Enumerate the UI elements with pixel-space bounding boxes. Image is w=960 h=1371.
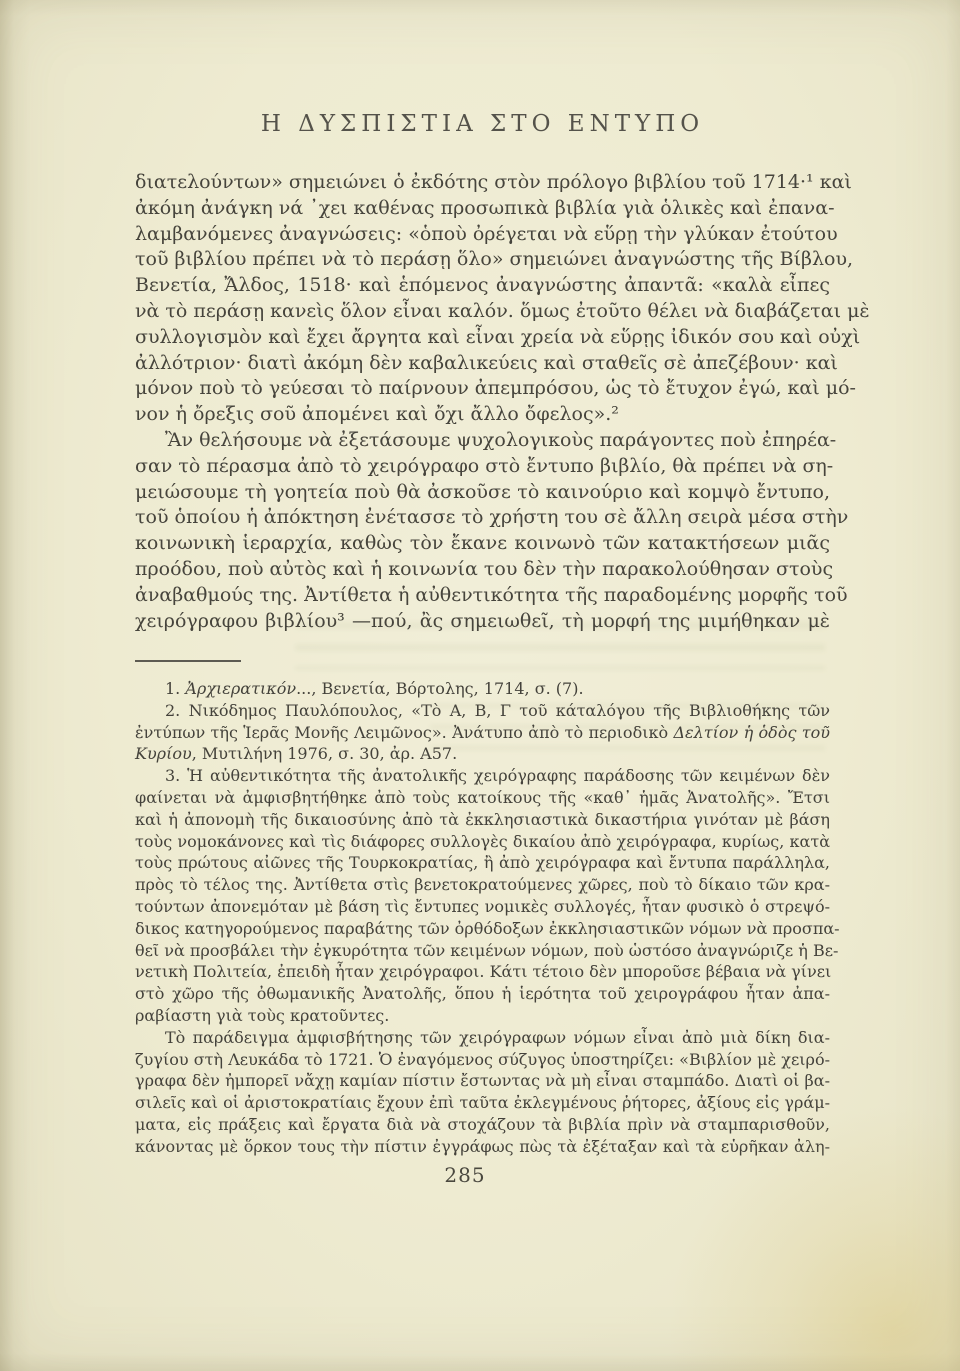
text-line: Κυρίου, Μυτιλήνη 1976, σ. 30, ἀρ. Α57. — [135, 743, 830, 765]
page-number: 285 — [135, 1163, 795, 1187]
text-line: νον ἡ ὄρεξις σοῦ ἀπομένει καὶ ὄχι ἄλλο ὄ… — [135, 402, 830, 428]
text-line: νετικὴ Πολιτεία, ἐπειδὴ ἦταν χειρόγραφοι… — [135, 961, 830, 983]
text-line: λαμβανόμενες ἀναγνώσεις: «ὁποὺ ὀρέγεται … — [135, 222, 830, 248]
text-line: Βενετία, Ἄλδος, 1518· καὶ ἑπόμενος ἀναγν… — [135, 273, 830, 299]
text-line: κοινωνικὴ ἱεραρχία, καθὼς τὸν ἔκανε κοιν… — [135, 531, 830, 557]
footnote-separator — [135, 660, 241, 662]
text-line: τούντων ἀπονεμόταν μὲ βάση τὶς ἔντυπες ν… — [135, 896, 830, 918]
text-line: φαίνεται νὰ ἀμφισβητήθηκε ἀπὸ τοὺς κατοί… — [135, 787, 830, 809]
text-line: τοῦ ὁποίου ἡ ἀπόκτηση ἐνέτασσε τὸ χρήστη… — [135, 505, 830, 531]
text-line: συλλογισμὸν καὶ ἔχει ἄργητα καὶ εἶναι χρ… — [135, 325, 830, 351]
text-line: δικος κατηγορούμενος παραβάτης τῶν ὀρθόδ… — [135, 918, 830, 940]
text-line: προόδου, ποὺ αὐτὸς καὶ ἡ κοινωνία του δὲ… — [135, 557, 830, 583]
text-line: 1. Ἀρχιερατικόν..., Βενετία, Βόρτολης, 1… — [135, 678, 830, 700]
text-line: τοῦ βιβλίου πρέπει νὰ τὸ περάσῃ ὅλο» σημ… — [135, 247, 830, 273]
text-line: ἀναβαθμούς της. Ἀντίθετα ἡ αὐθεντικότητα… — [135, 583, 830, 609]
page-title: Η ΔΥΣΠΙΣΤΙΑ ΣΤΟ ΕΝΤΥΠΟ — [135, 111, 830, 137]
text-line: ἀκόμη ἀνάγκη νά ᾽χει καθένας προσωπικὰ β… — [135, 196, 830, 222]
text-line: χειρόγραφου βιβλίου³ —πού, ἂς σημειωθεῖ,… — [135, 609, 830, 635]
text-line: ραβίαστη γιὰ τοὺς κρατοῦντες. — [135, 1005, 830, 1027]
text-line: γραφα δὲν ἠμπορεῖ νἄχῃ καμίαν πίστιν ἔστ… — [135, 1070, 830, 1092]
text-line: τοὺς νομοκάνονες καὶ τὶς διάφορες συλλογ… — [135, 831, 830, 853]
body-text: διατελούντων» σημειώνει ὁ ἐκδότης στὸν π… — [135, 170, 830, 634]
text-line: ματα, εἰς πράξεις καὶ ἔργατα διὰ νὰ στοχ… — [135, 1114, 830, 1136]
text-line: Τὸ παράδειγμα ἀμφισβήτησης τῶν χειρόγραφ… — [135, 1027, 830, 1049]
text-line: 2. Νικόδημος Παυλόπουλος, «Τὸ Α, Β, Γ το… — [135, 700, 830, 722]
text-line: καὶ ἡ ἀπονομὴ τῆς δικαιοσύνης ἀπὸ τὰ ἐκκ… — [135, 809, 830, 831]
text-line: 3. Ἡ αὐθεντικότητα τῆς ἀνατολικῆς χειρόγ… — [135, 765, 830, 787]
text-line: κάνοντας μὲ ὅρκον τους τὴν πίστιν ἐγγράφ… — [135, 1136, 830, 1158]
footnotes: 1. Ἀρχιερατικόν..., Βενετία, Βόρτολης, 1… — [135, 678, 830, 1158]
text-line: πρὸς τὸ τέλος της. Ἀντίθετα στὶς βενετοκ… — [135, 874, 830, 896]
text-line: Ἂν θελήσουμε νὰ ἐξετάσουμε ψυχολογικοὺς … — [135, 428, 830, 454]
text-line: ζυγίου στὴ Λευκάδα τὸ 1721. Ὁ ἐναγόμενος… — [135, 1049, 830, 1071]
scanned-book-page: Η ΔΥΣΠΙΣΤΙΑ ΣΤΟ ΕΝΤΥΠΟ διατελούντων» σημ… — [0, 0, 960, 1371]
text-line: σιλεῖς καὶ οἱ ἀριστοκρατίαις ἔχουν ἐπὶ τ… — [135, 1092, 830, 1114]
text-line: μειώσουμε τὴ γοητεία ποὺ θὰ ἀσκοῦσε τὸ κ… — [135, 480, 830, 506]
text-line: ἐντύπων τῆς Ἱερᾶς Μονῆς Λειμῶνος». Ἀνάτυ… — [135, 722, 830, 744]
text-line: θεῖ νὰ προσβάλει τὴν ἐγκυρότητα τῶν κειμ… — [135, 940, 830, 962]
text-line: σαν τὸ πέρασμα ἀπὸ τὸ χειρόγραφο στὸ ἔντ… — [135, 454, 830, 480]
text-line: ἀλλότριον· διατὶ ἀκόμη δὲν καβαλικεύεις … — [135, 351, 830, 377]
text-line: τοὺς πρώτους αἰῶνες τῆς Τουρκοκρατίας, ἢ… — [135, 852, 830, 874]
text-line: νὰ τὸ περάσῃ κανεὶς ὅλον εἶναι καλόν. ὅμ… — [135, 299, 830, 325]
text-line: διατελούντων» σημειώνει ὁ ἐκδότης στὸν π… — [135, 170, 830, 196]
text-line: στὸ χῶρο τῆς ὀθωμανικῆς Ἀνατολῆς, ὅπου ἡ… — [135, 983, 830, 1005]
text-line: μόνον ποὺ τὸ γεύεσαι τὸ παίρνουν ἀπεμπρό… — [135, 376, 830, 402]
